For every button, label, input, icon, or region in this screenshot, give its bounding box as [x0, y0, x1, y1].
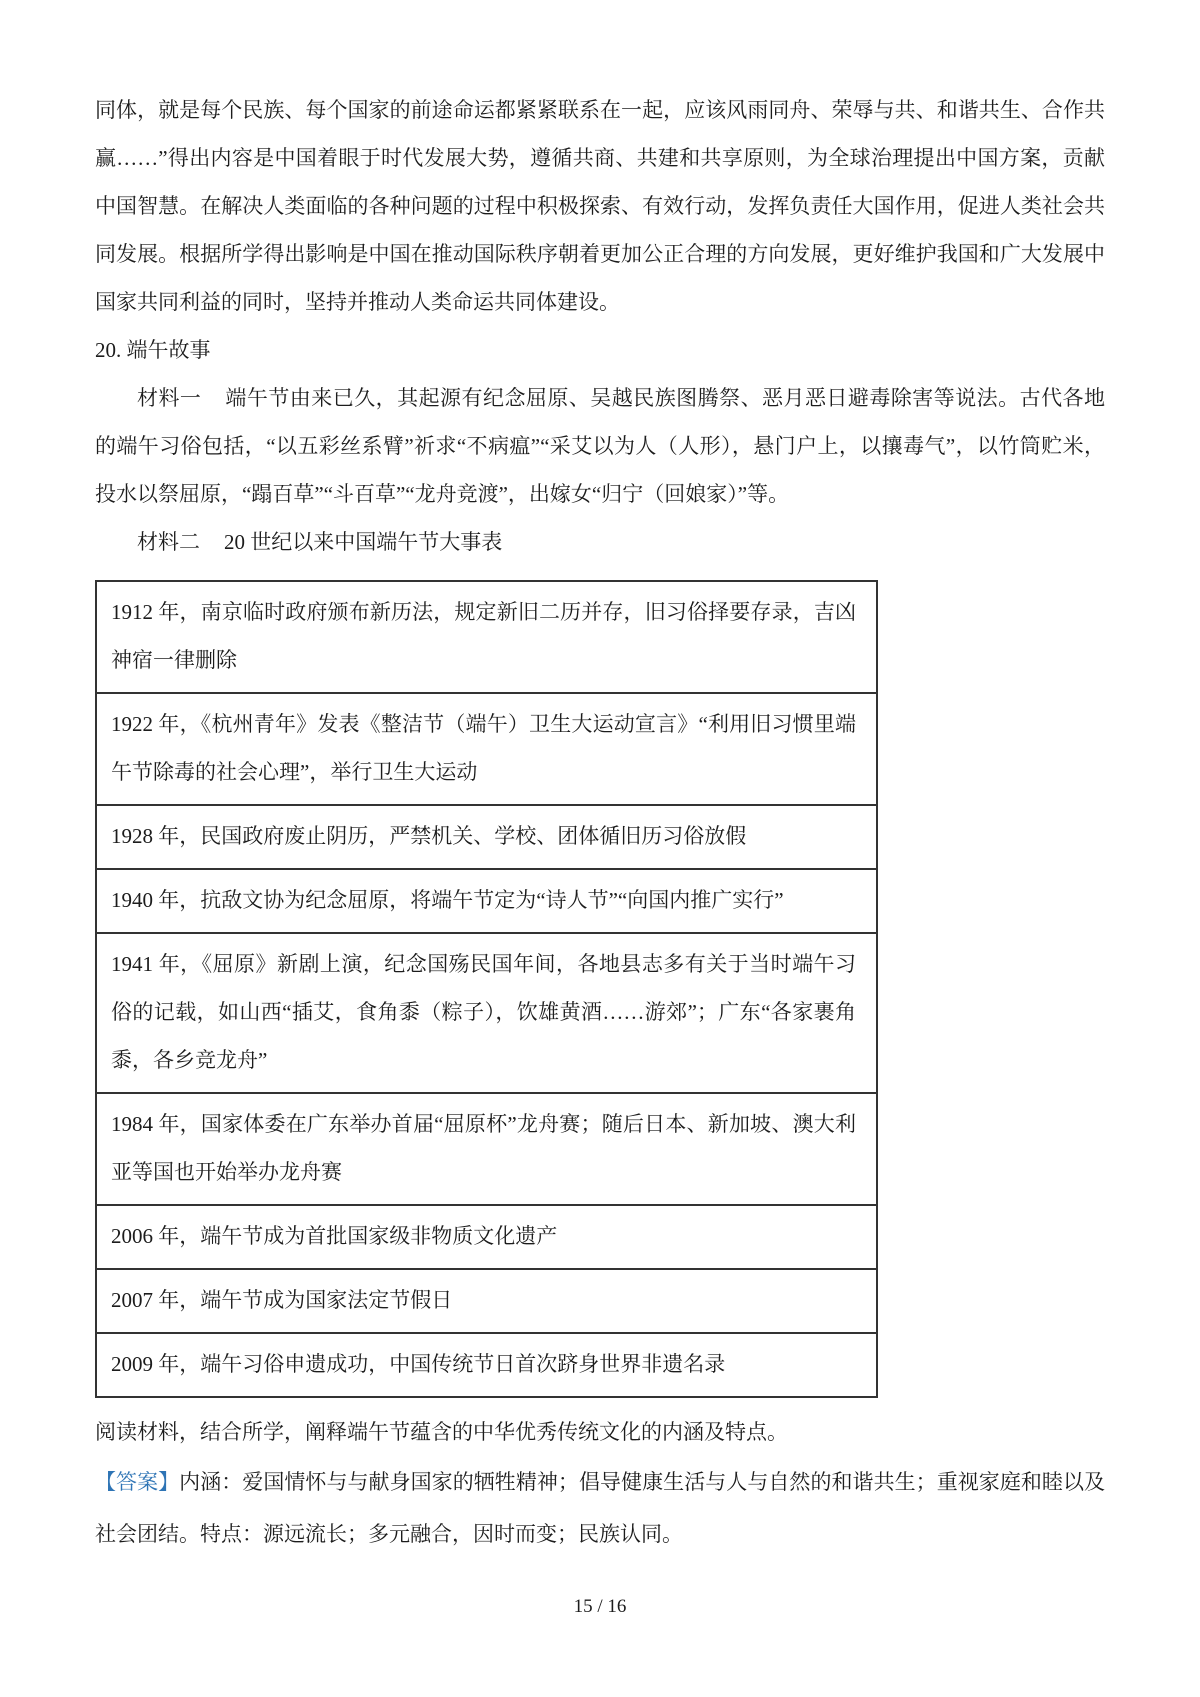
- table-row: 1941 年，《屈原》新剧上演，纪念国殇民国年间，各地县志多有关于当时端午习俗的…: [96, 933, 877, 1093]
- answer-text: 内涵：爱国情怀与与献身国家的牺牲精神；倡导健康生活与人与自然的和谐共生；重视家庭…: [95, 1470, 1105, 1546]
- question-title: 20. 端午故事: [95, 326, 1105, 374]
- material-two-heading: 材料二20 世纪以来中国端午节大事表: [95, 518, 1105, 566]
- timeline-event-1922: 1922 年，《杭州青年》发表《整洁节（端午）卫生大运动宣言》“利用旧习惯里端午…: [96, 693, 877, 805]
- table-row: 2006 年，端午节成为首批国家级非物质文化遗产: [96, 1205, 877, 1269]
- document-page: 同体，就是每个民族、每个国家的前途命运都紧紧联系在一起，应该风雨同舟、荣辱与共、…: [0, 0, 1200, 1697]
- material-one-paragraph: 材料一端午节由来已久，其起源有纪念屈原、吴越民族图腾祭、恶月恶日避毒除害等说法。…: [95, 374, 1105, 518]
- timeline-event-1941: 1941 年，《屈原》新剧上演，纪念国殇民国年间，各地县志多有关于当时端午习俗的…: [96, 933, 877, 1093]
- question-task: 阅读材料，结合所学，阐释端午节蕴含的中华优秀传统文化的内涵及特点。: [95, 1408, 1105, 1456]
- material-one-label: 材料一: [137, 386, 201, 410]
- table-row: 2007 年，端午节成为国家法定节假日: [96, 1269, 877, 1333]
- table-row: 2009 年，端午习俗申遗成功，中国传统节日首次跻身世界非遗名录: [96, 1333, 877, 1397]
- timeline-event-1940: 1940 年，抗敌文协为纪念屈原，将端午节定为“诗人节”“向国内推广实行”: [96, 869, 877, 933]
- timeline-event-2007: 2007 年，端午节成为国家法定节假日: [96, 1269, 877, 1333]
- timeline-event-1984: 1984 年，国家体委在广东举办首届“屈原杯”龙舟赛；随后日本、新加坡、澳大利亚…: [96, 1093, 877, 1205]
- table-row: 1912 年，南京临时政府颁布新历法，规定新旧二历并存，旧习俗择要存录，吉凶神宿…: [96, 581, 877, 693]
- timeline-event-1928: 1928 年，民国政府废止阴历，严禁机关、学校、团体循旧历习俗放假: [96, 805, 877, 869]
- table-row: 1928 年，民国政府废止阴历，严禁机关、学校、团体循旧历习俗放假: [96, 805, 877, 869]
- timeline-table: 1912 年，南京临时政府颁布新历法，规定新旧二历并存，旧习俗择要存录，吉凶神宿…: [95, 580, 878, 1398]
- timeline-event-1912: 1912 年，南京临时政府颁布新历法，规定新旧二历并存，旧习俗择要存录，吉凶神宿…: [96, 581, 877, 693]
- page-content: 同体，就是每个民族、每个国家的前途命运都紧紧联系在一起，应该风雨同舟、荣辱与共、…: [0, 0, 1200, 1560]
- intro-paragraph: 同体，就是每个民族、每个国家的前途命运都紧紧联系在一起，应该风雨同舟、荣辱与共、…: [95, 86, 1105, 326]
- page-number: 15 / 16: [0, 1596, 1200, 1618]
- table-row: 1940 年，抗敌文协为纪念屈原，将端午节定为“诗人节”“向国内推广实行”: [96, 869, 877, 933]
- material-one-text: 端午节由来已久，其起源有纪念屈原、吴越民族图腾祭、恶月恶日避毒除害等说法。古代各…: [95, 386, 1105, 506]
- timeline-event-2006: 2006 年，端午节成为首批国家级非物质文化遗产: [96, 1205, 877, 1269]
- answer-paragraph: 【答案】内涵：爱国情怀与与献身国家的牺牲精神；倡导健康生活与人与自然的和谐共生；…: [95, 1456, 1105, 1560]
- table-row: 1922 年，《杭州青年》发表《整洁节（端午）卫生大运动宣言》“利用旧习惯里端午…: [96, 693, 877, 805]
- table-row: 1984 年，国家体委在广东举办首届“屈原杯”龙舟赛；随后日本、新加坡、澳大利亚…: [96, 1093, 877, 1205]
- answer-label: 【答案】: [95, 1470, 179, 1494]
- timeline-event-2009: 2009 年，端午习俗申遗成功，中国传统节日首次跻身世界非遗名录: [96, 1333, 877, 1397]
- material-two-title: 20 世纪以来中国端午节大事表: [224, 530, 502, 554]
- material-two-label: 材料二: [137, 530, 200, 554]
